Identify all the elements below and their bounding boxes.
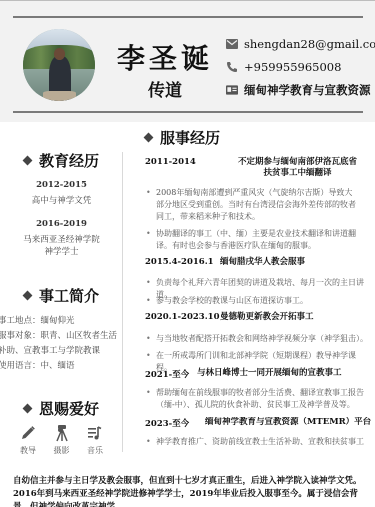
diamond-bullet-icon <box>144 132 154 142</box>
hobby-teaching: 教导 <box>14 424 42 456</box>
diamond-bullet-icon <box>23 155 33 165</box>
hobby-music: 音乐 <box>81 424 109 456</box>
contact-organization: 缅甸神学教育与宣教资源 <box>226 81 375 99</box>
job-date: 2011-2014 <box>145 157 220 179</box>
ministry-line-4: 使用语言：中、缅语 <box>0 360 128 372</box>
header-bottom-rule <box>13 111 363 113</box>
ministry-intro-title: 事工简介 <box>0 285 123 306</box>
education-years-1: 2012-2015 <box>0 180 123 190</box>
job-date: 2015.4-2016.1 <box>145 257 220 268</box>
job-header-1: 2011-2014 不定期参与缅甸南部伊洛瓦底省扶贫事工中缅翻译 <box>145 157 375 179</box>
education-years-2: 2016-2019 <box>0 219 123 229</box>
job-header-4: 2021-至今 与林日峰博士一同开展缅甸的宣教事工 <box>145 368 375 380</box>
job-bullet: 神学教育推广、资助前线宣教士生活补助、宣教和扶贫事工 <box>145 436 370 448</box>
ministry-line-3: 补助、宣教事工与学院教课 <box>0 345 128 357</box>
resume-header: 李圣诞 传道 shengdan28@gmail.com +95995596500… <box>0 0 375 122</box>
education-desc-2b: 神学学士 <box>0 246 123 258</box>
tripod-camera-icon <box>53 424 71 442</box>
job-bullet: 与当地牧者配搭开拓教会和网络神学视频分享（神学狙击）。 <box>145 333 370 345</box>
column-divider <box>122 152 123 452</box>
person-title: 传道 <box>115 76 215 101</box>
hobby-photography: 摄影 <box>48 424 76 456</box>
job-bullet: 协助翻译的事工（中、缅）主要是农业技术翻译和讲道翻译。有时也会参与香港医疗队在缅… <box>145 228 370 252</box>
job-role: 曼德勒更新教会开拓事工 <box>220 312 375 323</box>
ministry-line-2: 服事对象：职青、山区牧者生活 <box>0 330 128 342</box>
job-header-2: 2015.4-2016.1 缅甸腊戌华人教会服事 <box>145 257 375 268</box>
diamond-bullet-icon <box>23 290 33 300</box>
education-title: 教育经历 <box>0 150 123 171</box>
personal-summary: 自幼信主并参与主日学及教会服事，但直到十七岁才真正重生，后进入神学院入读神学文凭… <box>13 475 368 507</box>
job-role: 与林日峰博士一同开展缅甸的宣教事工 <box>197 368 375 380</box>
phone-icon <box>226 61 238 73</box>
avatar <box>23 29 95 101</box>
mail-icon <box>226 38 238 50</box>
phone-text: +959955965008 <box>244 60 341 74</box>
experience-title: 服事经历 <box>145 127 220 148</box>
job-role: 不定期参与缅甸南部伊洛瓦底省扶贫事工中缅翻译 <box>220 157 375 179</box>
education-desc-2a: 马来西亚圣经神学院 <box>0 234 123 246</box>
organization-text: 缅甸神学教育与宣教资源 <box>244 82 371 98</box>
job-date: 2021-至今 <box>145 368 197 380</box>
job-header-3: 2020.1-2023.10 曼德勒更新教会开拓事工 <box>145 312 375 323</box>
hobbies-title: 恩赐爱好 <box>0 398 123 419</box>
job-bullet: 帮助缅甸在前线服事的牧者部分生活费、翻译宣教事工报告（缅-中）、孤儿院的伙食补助… <box>145 387 370 411</box>
pencil-icon <box>19 424 37 442</box>
ministry-line-1: 事工地点：缅甸仰光 <box>0 315 128 327</box>
contact-phone[interactable]: +959955965008 <box>226 58 375 76</box>
diamond-bullet-icon <box>23 403 33 413</box>
job-header-5: 2023-至今 缅甸神学教育与宣教资源（MTEMR）平台 <box>145 417 375 429</box>
music-list-icon <box>86 424 104 442</box>
job-role: 缅甸腊戌华人教会服事 <box>220 257 375 268</box>
job-date: 2023-至今 <box>145 417 205 429</box>
contact-email[interactable]: shengdan28@gmail.com <box>226 35 375 53</box>
job-date: 2020.1-2023.10 <box>145 312 220 323</box>
job-bullet: 参与教会学校的教课与山区布道探访事工。 <box>145 295 370 307</box>
email-text: shengdan28@gmail.com <box>244 37 375 51</box>
id-card-icon <box>226 84 238 96</box>
education-desc-1: 高中与神学文凭 <box>0 195 123 207</box>
header-top-rule <box>13 16 363 18</box>
person-name: 李圣诞 <box>115 37 215 77</box>
hobbies-list: 教导 摄影 音乐 <box>14 424 109 456</box>
job-role: 缅甸神学教育与宣教资源（MTEMR）平台 <box>205 417 375 429</box>
job-bullet: 2008年缅甸南部遭到严重风灾（气旋纳尔吉斯）导致大部分地区受到重创。当时有台湾… <box>145 187 370 223</box>
